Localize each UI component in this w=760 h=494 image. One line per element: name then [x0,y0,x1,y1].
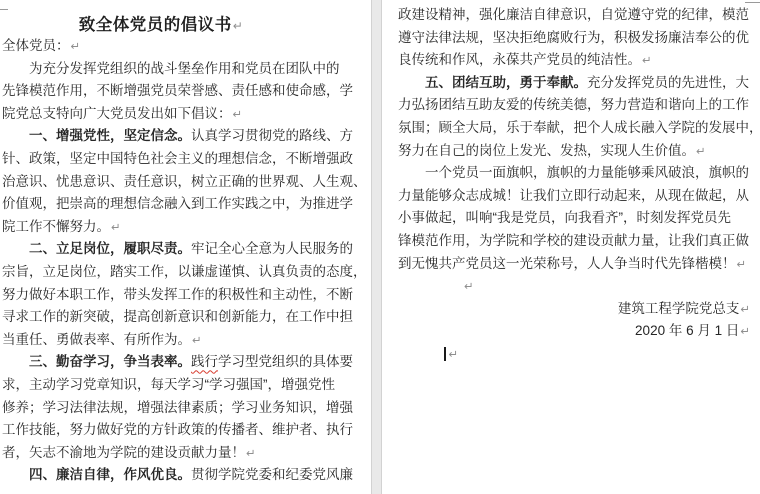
body-text: 政建设精神，强化廉洁自律意识，自觉遵守党的纪律，模范 [398,7,749,22]
body-text: 认真学习贯彻党的路线、方 [191,128,353,143]
text-cursor [444,347,446,361]
body-text: 工作技能，努力做好党的方针政策的传播者、维护者、执行 [2,422,353,437]
text-line[interactable]: 求，主动学习党章知识，每天学习“学习强国”，增强党性 [2,377,347,392]
pilcrow-mark: ↵ [233,109,243,121]
text-line[interactable]: 一个党员一面旗帜，旗帜的力量能够乘风破浪，旗帜的 [398,165,750,180]
body-text: 宗旨，立足岗位，踏实工作，以谦虚谨慎、认真负责的态度， [2,264,367,279]
text-line[interactable]: 一、增强党性，坚定信念。认真学习贯彻党的路线、方 [2,128,347,143]
heading-bold-text: 三、勤奋学习，争当表率。 [29,354,191,369]
body-text: 价值观，把崇高的理想信念融入到工作实践之中，为推进学 [2,196,353,211]
body-text: 牢记全心全意为人民服务的 [191,241,353,256]
text-line[interactable]: 氛围；顾全大局，乐于奉献，把个人成长融入学院的发展中， [398,120,750,135]
text-line[interactable]: 努力做好本职工作，带头发挥工作的积极性和主动性，不断 [2,287,347,302]
text-line[interactable]: ↵ [398,346,750,363]
text-line[interactable]: 小事做起，叫响“我是党员，向我看齐”，时刻发挥党员先 [398,210,750,225]
text-boundary-crop-mark [0,9,8,10]
body-text: 当重任、勇做表率、有所作为。 [2,332,191,347]
body-text: 2020 年 6 月 1 日 [635,323,739,338]
body-text: 治意识、忧患意识、责任意识，树立正确的世界观、人生观、 [2,174,367,189]
document-title[interactable]: 致全体党员的倡议书↵ [0,11,334,35]
pilcrow-mark: ↵ [696,146,706,158]
text-line[interactable]: 寻求工作的新突破，提高创新意识和创新能力，在工作中担 [2,309,347,324]
text-line[interactable]: 遵守法律法规，坚决拒绝腐败行为，积极发扬廉洁奉公的优 [398,30,750,45]
body-text: 院工作不懈努力。 [2,219,110,234]
body-text: 寻求工作的新突破，提高创新意识和创新能力，在工作中担 [2,309,353,324]
pilcrow-mark: ↵ [71,41,81,53]
heading-bold-text: 一、增强党性，坚定信念。 [29,128,191,143]
pilcrow-mark: ↵ [740,326,750,338]
body-text: 院党总支特向广大党员发出如下倡议： [2,106,232,121]
text-line[interactable]: 到无愧共产党员这一光荣称号，人人争当时代先锋楷模！↵ [398,256,750,273]
text-line[interactable]: 宗旨，立足岗位，踏实工作，以谦虚谨慎、认真负责的态度， [2,264,347,279]
body-text: 小事做起，叫响“我是党员，向我看齐”，时刻发挥党员先 [398,210,731,225]
text-line[interactable]: 锋模范作用，为学院和学校的建设贡献力量，让我们真正做 [398,233,750,248]
pilcrow-mark: ↵ [737,259,747,271]
misspelled-text: 践行 [191,354,218,369]
body-text: 力量能够众志成城！让我们立即行动起来，从现在做起，从 [398,188,749,203]
text-line[interactable]: 为充分发挥党组织的战斗堡垒作用和党员在团队中的 [2,61,347,76]
pilcrow-mark: ↵ [233,19,244,33]
heading-bold-text: 四、廉洁自律，作风优良。 [29,467,191,482]
text-line[interactable]: 治意识、忧患意识、责任意识，树立正确的世界观、人生观、 [2,174,347,189]
body-text: 先锋模范作用，不断增强党员荣誉感、责任感和使命感，学 [2,83,353,98]
text-line[interactable]: 当重任、勇做表率、有所作为。↵ [2,332,347,349]
pilcrow-mark: ↵ [642,55,652,67]
body-text: 锋模范作用，为学院和学校的建设贡献力量，让我们真正做 [398,233,749,248]
text-line[interactable]: 价值观，把崇高的理想信念融入到工作实践之中，为推进学 [2,196,347,211]
body-text: 针、政策，坚定中国特色社会主义的理想信念，不断增强政 [2,151,353,166]
text-line[interactable]: 三、勤奋学习，争当表率。践行学习型党组织的具体要 [2,354,347,369]
text-line[interactable]: 先锋模范作用，不断增强党员荣誉感、责任感和使命感，学 [2,83,347,98]
body-text: 者，矢志不渝地为学院的建设贡献力量！ [2,445,245,460]
body-text: 全体党员： [2,38,70,53]
page-2[interactable]: 政建设精神，强化廉洁自律意识，自觉遵守党的纪律，模范遵守法律法规，坚决拒绝腐败行… [382,0,760,494]
heading-bold-text: 二、立足岗位，履职尽责。 [29,241,191,256]
body-text: 努力在自己的岗位上发光、发热，实现人生价值。 [398,143,695,158]
text-line[interactable]: 全体党员：↵ [2,38,347,55]
text-line[interactable]: 良传统和作风，永葆共产党员的纯洁性。↵ [398,52,750,69]
body-text: 求，主动学习党章知识，每天学习“学习强国”，增强党性 [2,377,335,392]
text-line[interactable]: 者，矢志不渝地为学院的建设贡献力量！↵ [2,445,347,462]
body-text: 充分发挥党员的先进性，大 [587,75,749,90]
text-line[interactable]: 政建设精神，强化廉洁自律意识，自觉遵守党的纪律，模范 [398,7,750,22]
text-line[interactable]: 2020 年 6 月 1 日↵ [398,323,750,340]
body-text: 贯彻学院党委和纪委党风廉 [191,467,353,482]
pilcrow-mark: ↵ [192,335,202,347]
body-text: 氛围；顾全大局，乐于奉献，把个人成长融入学院的发展中， [398,120,760,135]
body-text: 建筑工程学院党总支 [618,301,740,316]
text-line[interactable]: 力弘扬团结互助友爱的传统美德，努力营造和谐向上的工作 [398,97,750,112]
body-text: 遵守法律法规，坚决拒绝腐败行为，积极发扬廉洁奉公的优 [398,30,749,45]
pilcrow-mark: ↵ [111,222,121,234]
body-text: 力弘扬团结互助友爱的传统美德，努力营造和谐向上的工作 [398,97,749,112]
body-text: 良传统和作风，永葆共产党员的纯洁性。 [398,52,641,67]
text-line[interactable]: 五、团结互助，勇于奉献。充分发挥党员的先进性，大 [398,75,750,90]
text-line[interactable]: 努力在自己的岗位上发光、发热，实现人生价值。↵ [398,143,750,160]
page-1[interactable]: 致全体党员的倡议书↵ 全体党员：↵为充分发挥党组织的战斗堡垒作用和党员在团队中的… [0,0,371,494]
body-text: 修养；学习法律法规，增强法律素质；学习业务知识，增强 [2,400,353,415]
document-canvas: 致全体党员的倡议书↵ 全体党员：↵为充分发挥党组织的战斗堡垒作用和党员在团队中的… [0,0,760,494]
text-line[interactable]: 四、廉洁自律，作风优良。贯彻学院党委和纪委党风廉 [2,467,347,482]
pilcrow-mark: ↵ [464,281,474,293]
heading-bold-text: 五、团结互助，勇于奉献。 [425,75,587,90]
text-boundary-crop-mark [745,2,760,3]
text-line[interactable]: 院工作不懈努力。↵ [2,219,347,236]
text-line[interactable]: 修养；学习法律法规，增强法律素质；学习业务知识，增强 [2,400,347,415]
text-line[interactable]: 针、政策，坚定中国特色社会主义的理想信念，不断增强政 [2,151,347,166]
text-line[interactable]: 建筑工程学院党总支↵ [398,301,750,318]
body-text: 一个党员一面旗帜，旗帜的力量能够乘风破浪，旗帜的 [425,165,749,180]
text-line[interactable]: 二、立足岗位，履职尽责。牢记全心全意为人民服务的 [2,241,347,256]
text-line[interactable]: 力量能够众志成城！让我们立即行动起来，从现在做起，从 [398,188,750,203]
pilcrow-mark: ↵ [740,304,750,316]
pilcrow-mark: ↵ [246,448,256,460]
body-text: 到无愧共产党员这一光荣称号，人人争当时代先锋楷模！ [398,256,736,271]
page-gap [371,0,382,494]
pilcrow-mark: ↵ [449,349,459,361]
body-text: 为充分发挥党组织的战斗堡垒作用和党员在团队中的 [29,61,340,76]
text-line[interactable]: ↵ [398,278,750,295]
text-line[interactable]: 工作技能，努力做好党的方针政策的传播者、维护者、执行 [2,422,347,437]
body-text: 努力做好本职工作，带头发挥工作的积极性和主动性，不断 [2,287,353,302]
text-line[interactable]: 院党总支特向广大党员发出如下倡议：↵ [2,106,347,123]
body-text: 学习型党组织的具体要 [218,354,353,369]
document-title-text: 致全体党员的倡议书 [79,16,232,34]
